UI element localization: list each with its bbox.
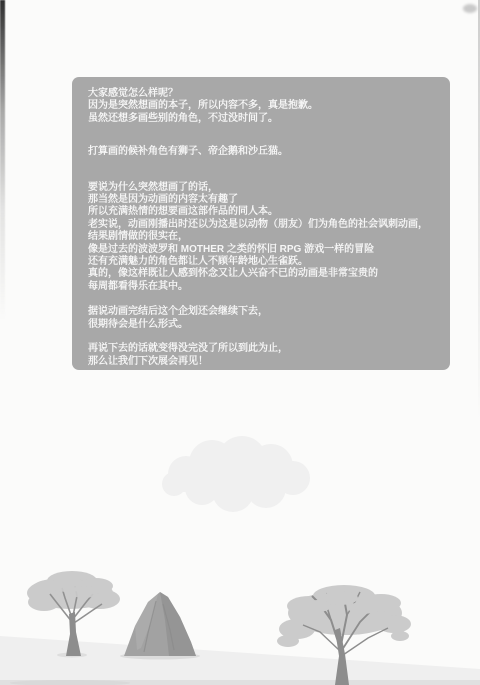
afterword-paragraph: 据说动画完结后这个企划还会继续下去， 很期待会是什么形式。 bbox=[88, 306, 444, 331]
afterword-line: 大家感觉怎么样呢？ bbox=[88, 88, 444, 100]
afterword-text-box: 大家感觉怎么样呢？ 因为是突然想画的本子，所以内容不多，真是抱歉。 虽然还想多画… bbox=[72, 77, 450, 370]
afterword-paragraph: 再说下去的话就变得没完没了所以到此为止， 那么让我们下次展会再见！ bbox=[88, 343, 444, 368]
afterword-line: 据说动画完结后这个企划还会继续下去， bbox=[88, 306, 444, 318]
afterword-line: 像是过去的波波罗和 MOTHER 之类的怀旧 RPG 游戏一样的冒险 bbox=[88, 244, 444, 256]
afterword-line: 那当然是因为动画的内容太有趣了 bbox=[88, 194, 444, 206]
cloud-icon bbox=[162, 436, 310, 512]
afterword-line: 所以充满热情的想要画这部作品的同人本。 bbox=[88, 206, 444, 218]
scan-edge-left bbox=[0, 0, 5, 320]
afterword-line: 因为是突然想画的本子，所以内容不多，真是抱歉。 bbox=[88, 100, 444, 112]
rock-icon bbox=[120, 592, 200, 660]
afterword-line: 真的，像这样既让人感到怀念又让人兴奋不已的动画是非常宝贵的 bbox=[88, 268, 444, 280]
afterword-paragraph: 大家感觉怎么样呢？ 因为是突然想画的本子，所以内容不多，真是抱歉。 虽然还想多画… bbox=[88, 88, 444, 125]
scanned-afterword-page: 大家感觉怎么样呢？ 因为是突然想画的本子，所以内容不多，真是抱歉。 虽然还想多画… bbox=[0, 0, 480, 685]
afterword-line: 老实说，动画刚播出时还以为这是以动物（朋友）们为角色的社会讽刺动画， bbox=[88, 219, 444, 231]
afterword-line: 那么让我们下次展会再见！ bbox=[88, 356, 444, 368]
afterword-paragraph: 要说为什么突然想画了的话， 那当然是因为动画的内容太有趣了 所以充满热情的想要画… bbox=[88, 182, 444, 294]
afterword-line: 结果剧情做的很实在， bbox=[88, 231, 444, 243]
afterword-line: 虽然还想多画些别的角色，不过没时间了。 bbox=[88, 113, 444, 125]
scan-smudge-top-right bbox=[463, 4, 477, 13]
afterword-line: 要说为什么突然想画了的话， bbox=[88, 182, 444, 194]
afterword-line: 很期待会是什么形式。 bbox=[88, 319, 444, 331]
afterword-line: 打算画的候补角色有狮子、帝企鹅和沙丘猫。 bbox=[88, 146, 444, 158]
afterword-paragraph: 打算画的候补角色有狮子、帝企鹅和沙丘猫。 bbox=[88, 146, 444, 158]
afterword-line: 每周都看得乐在其中。 bbox=[88, 281, 444, 293]
afterword-line: 再说下去的话就变得没完没了所以到此为止， bbox=[88, 343, 444, 355]
afterword-line: 还有充满魅力的角色都让人不顾年龄地心生雀跃。 bbox=[88, 256, 444, 268]
